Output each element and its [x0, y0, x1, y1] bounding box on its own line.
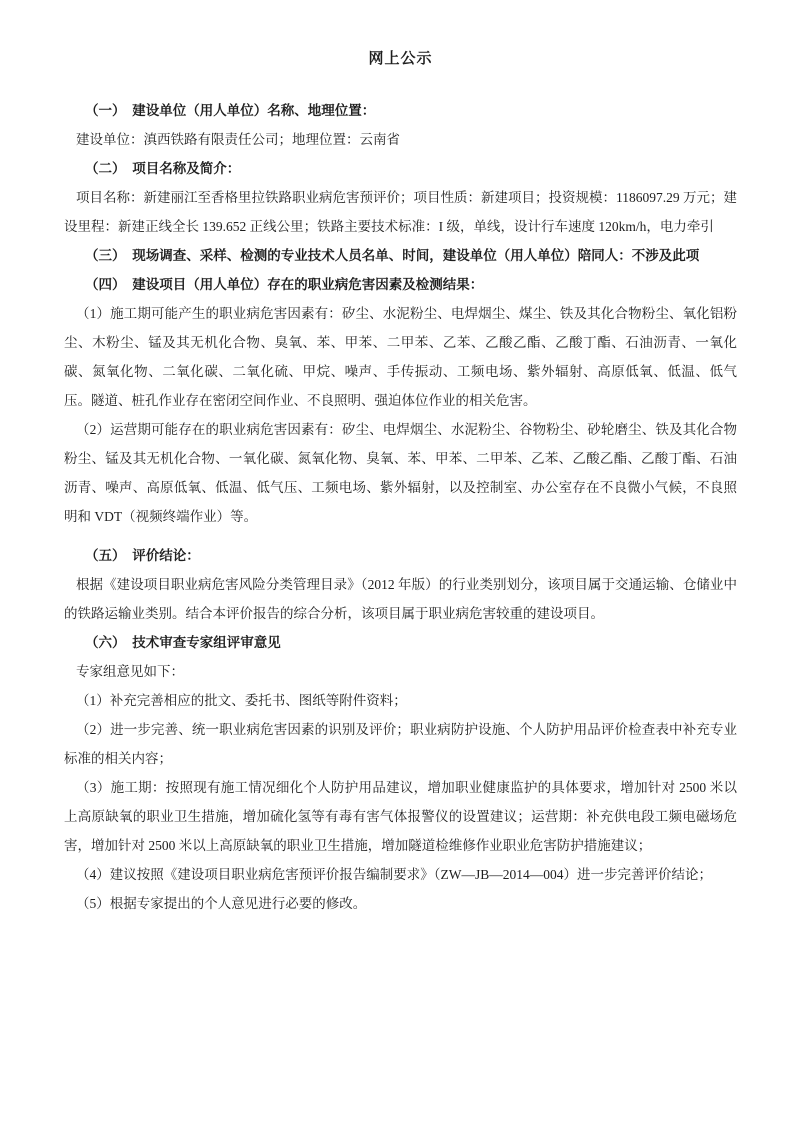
project-summary-paragraph: 项目名称：新建丽江至香格里拉铁路职业病危害预评价；项目性质：新建项目；投资规模：… [64, 183, 737, 241]
construction-unit-line: 建设单位：滇西铁路有限责任公司；地理位置：云南省 [64, 125, 737, 154]
section-2-heading: （二） 项目名称及简介： [64, 154, 737, 183]
evaluation-conclusion-paragraph: 根据《建设项目职业病危害风险分类管理目录》（2012 年版）的行业类别划分，该项… [64, 570, 737, 628]
section-1-heading: （一） 建设单位（用人单位）名称、地理位置： [64, 96, 737, 125]
section-5-heading: （五） 评价结论： [64, 541, 737, 570]
expert-opinion-4: （4）建议按照《建设项目职业病危害预评价报告编制要求》（ZW—JB—2014—0… [64, 860, 737, 889]
expert-opinion-2: （2）进一步完善、统一职业病危害因素的识别及评价；职业病防护设施、个人防护用品评… [64, 715, 737, 773]
notice-title: 网上公示 [64, 45, 737, 74]
expert-opinion-5: （5）根据专家提出的个人意见进行必要的修改。 [64, 889, 737, 918]
section-6-heading: （六） 技术审查专家组评审意见 [64, 628, 737, 657]
document-page: 网上公示 （一） 建设单位（用人单位）名称、地理位置： 建设单位：滇西铁路有限责… [0, 0, 800, 1131]
operation-period-hazards-paragraph: （2）运营期可能存在的职业病危害因素有：矽尘、电焊烟尘、水泥粉尘、谷物粉尘、砂轮… [64, 415, 737, 531]
expert-opinion-1: （1）补充完善相应的批文、委托书、图纸等附件资料； [64, 686, 737, 715]
section-3-heading: （三） 现场调查、采样、检测的专业技术人员名单、时间，建设单位（用人单位）陪同人… [64, 241, 737, 270]
section-4-heading: （四） 建设项目（用人单位）存在的职业病危害因素及检测结果： [64, 270, 737, 299]
expert-opinion-3: （3）施工期：按照现有施工情况细化个人防护用品建议，增加职业健康监护的具体要求，… [64, 773, 737, 860]
construction-period-hazards-paragraph: （1）施工期可能产生的职业病危害因素有：矽尘、水泥粉尘、电焊烟尘、煤尘、铁及其化… [64, 299, 737, 415]
expert-opinions-intro-line: 专家组意见如下： [64, 657, 737, 686]
